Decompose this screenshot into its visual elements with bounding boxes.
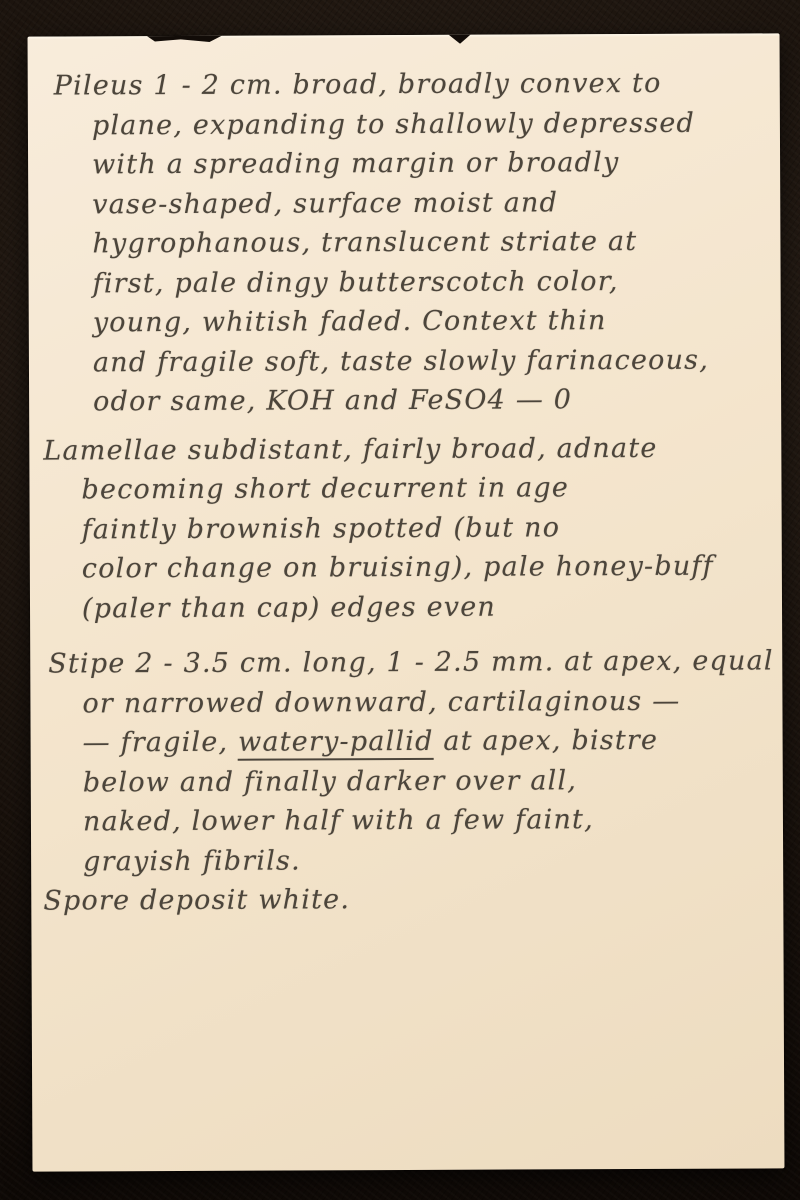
handwritten-notes: Pileus 1 - 2 cm. broad, broadly convex t…: [28, 63, 784, 921]
spore-deposit-paragraph: Spore deposit white.: [31, 878, 783, 921]
torn-edge-detail: [146, 35, 224, 43]
line-text: plane, expanding to shallowly depressed: [92, 107, 695, 141]
line-text: with a spreading margin or broadly: [92, 147, 619, 180]
handwritten-line: odor same, KOH and FeSO4 — 0: [93, 379, 781, 422]
handwritten-line: naked, lower half with a few faint,: [83, 799, 783, 842]
handwritten-line: or narrowed downward, cartilaginous —: [82, 681, 782, 724]
handwritten-line: vase-shaped, surface moist and: [92, 182, 780, 225]
line-text: becoming short decurrent in age: [81, 472, 569, 505]
pileus-paragraph: Pileus 1 - 2 cm. broad, broadly convex t…: [28, 63, 782, 422]
line-text: — fragile,: [83, 727, 239, 759]
handwritten-line: hygrophanous, translucent striate at: [92, 221, 780, 264]
line-text: hygrophanous, translucent striate at: [92, 226, 637, 259]
handwritten-line: below and finally darker over all,: [83, 760, 783, 803]
line-text: Spore deposit white.: [43, 884, 350, 916]
note-card: Pileus 1 - 2 cm. broad, broadly convex t…: [28, 33, 785, 1171]
handwritten-line: becoming short decurrent in age: [81, 467, 781, 510]
handwritten-line: — fragile, watery-pallid at apex, bistre: [83, 720, 783, 763]
handwritten-line: plane, expanding to shallowly depressed: [92, 103, 780, 146]
line-text: color change on bruising), pale honey-bu…: [82, 551, 714, 585]
line-text: Stipe 2 - 3.5 cm. long, 1 - 2.5 mm. at a…: [48, 645, 774, 679]
handwritten-line: with a spreading margin or broadly: [92, 142, 780, 185]
torn-edge-detail: [448, 34, 472, 44]
line-text: faintly brownish spotted (but no: [82, 512, 561, 545]
handwritten-line: faintly brownish spotted (but no: [82, 507, 782, 550]
handwritten-line: Stipe 2 - 3.5 cm. long, 1 - 2.5 mm. at a…: [48, 641, 782, 684]
handwritten-line: first, pale dingy butterscotch color,: [93, 261, 781, 304]
lamellae-paragraph: Lamellae subdistant, fairly broad, adnat…: [29, 428, 782, 629]
line-text: Lamellae subdistant, fairly broad, adnat…: [43, 432, 657, 466]
stipe-paragraph: Stipe 2 - 3.5 cm. long, 1 - 2.5 mm. at a…: [30, 641, 783, 881]
handwritten-line: grayish fibrils.: [83, 839, 783, 882]
handwritten-line: young, whitish faded. Context thin: [93, 300, 781, 343]
handwritten-line: Spore deposit white.: [43, 878, 783, 921]
handwritten-line: color change on bruising), pale honey-bu…: [82, 546, 782, 589]
line-text: at apex, bistre: [434, 725, 659, 757]
line-text: young, whitish faded. Context thin: [93, 305, 607, 338]
line-text: below and finally darker over all,: [83, 765, 577, 798]
handwritten-line: Pileus 1 - 2 cm. broad, broadly convex t…: [54, 63, 780, 106]
underlined-text: watery-pallid: [238, 726, 434, 761]
handwritten-line: (paler than cap) edges even: [82, 586, 782, 629]
line-text: naked, lower half with a few faint,: [83, 804, 594, 837]
line-text: (paler than cap) edges even: [82, 591, 496, 624]
handwritten-line: Lamellae subdistant, fairly broad, adnat…: [43, 428, 781, 471]
line-text: vase-shaped, surface moist and: [92, 187, 558, 220]
line-text: grayish fibrils.: [83, 845, 301, 877]
line-text: or narrowed downward, cartilaginous —: [82, 685, 680, 719]
handwritten-line: and fragile soft, taste slowly farinaceo…: [93, 340, 781, 383]
line-text: and fragile soft, taste slowly farinaceo…: [93, 344, 709, 378]
line-text: odor same, KOH and FeSO4 — 0: [93, 384, 572, 417]
line-text: first, pale dingy butterscotch color,: [93, 266, 619, 299]
line-text: Pileus 1 - 2 cm. broad, broadly convex t…: [54, 68, 662, 102]
